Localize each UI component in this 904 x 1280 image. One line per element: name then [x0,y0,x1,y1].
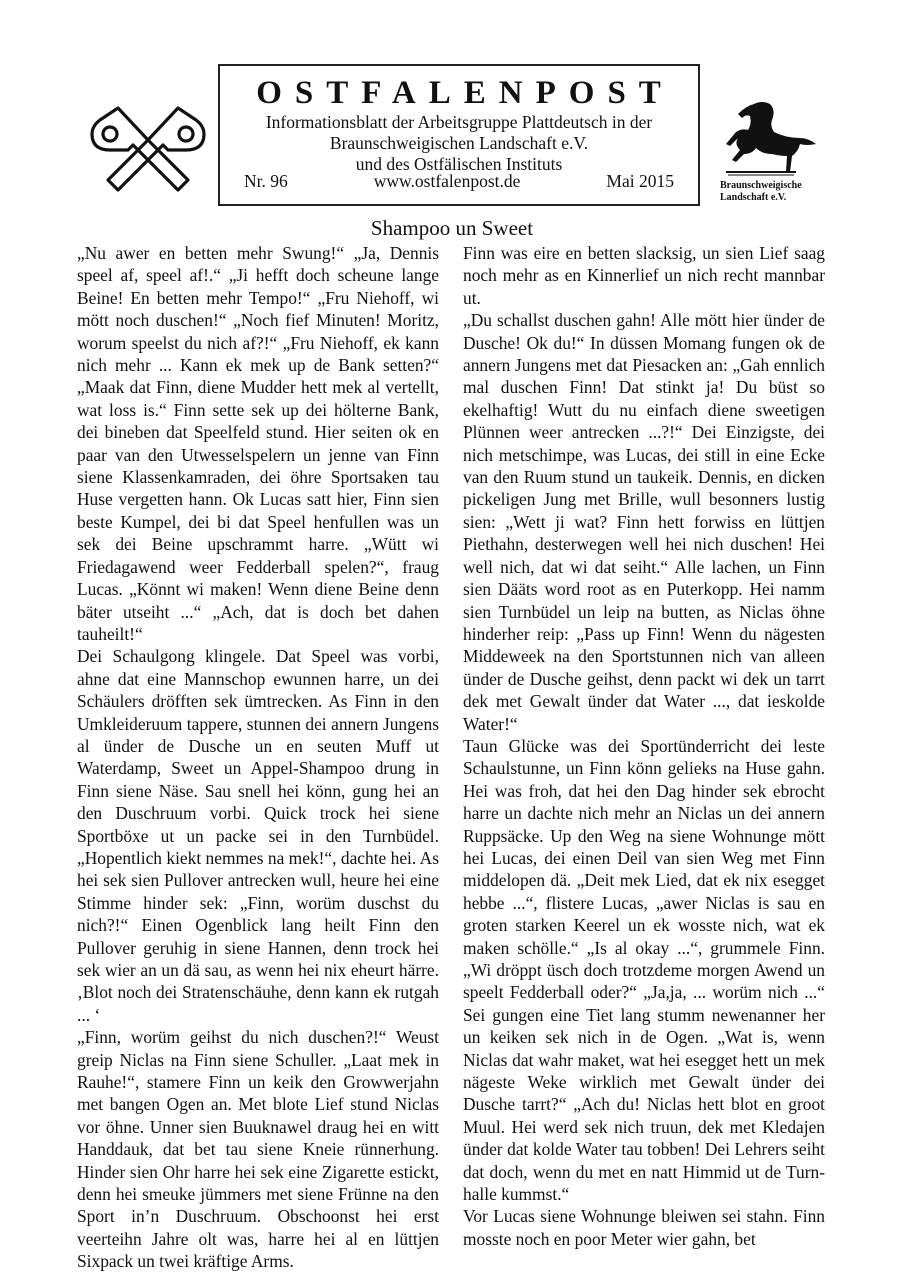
paragraph: Vor Lucas siene Wohnunge bleiwen sei sta… [463,1205,825,1250]
issue-number: Nr. 96 [244,171,288,192]
logo-caption: Braunschweigische Landschaft e.V. [720,180,802,204]
article-column-left: „Nu awer en betten mehr Swung!“ „Ja, Den… [77,242,439,1273]
paragraph: Finn was eire en betten slacksig, un sie… [463,242,825,309]
paragraph: „Nu awer en betten mehr Swung!“ „Ja, Den… [77,242,439,645]
article-headline: Shampoo un Sweet [0,215,904,241]
braunschweigische-landschaft-logo: Braunschweigische Landschaft e.V. [712,98,832,208]
newspaper-title: OSTFALENPOST [220,74,698,112]
website-link[interactable]: www.ostfalenpost.de [374,171,521,192]
crossed-keys-logo [88,100,208,196]
subtitle-line-2: Braunschweigischen Landschaft e.V. [220,133,698,154]
issue-date: Mai 2015 [606,171,674,192]
logo-caption-line-2: Landschaft e.V. [720,192,802,204]
rearing-horse-icon [712,98,822,182]
paragraph: „Du schallst duschen gahn! Alle mött hie… [463,309,825,735]
subtitle-line-1: Informationsblatt der Arbeitsgruppe Plat… [220,112,698,133]
paragraph: „Finn, worüm geihst du nich duschen?!“ W… [77,1026,439,1272]
crossed-keys-icon [88,100,208,196]
logo-caption-line-1: Braunschweigische [720,180,802,192]
paragraph: Taun Glücke was dei Sportünderricht dei … [463,735,825,1206]
masthead-box: OSTFALENPOST Informationsblatt der Arbei… [218,64,700,206]
masthead-meta-row: Nr. 96 www.ostfalenpost.de Mai 2015 [244,171,674,192]
article-column-right: Finn was eire en betten slacksig, un sie… [463,242,825,1250]
paragraph: Dei Schaulgong klingele. Dat Speel was v… [77,645,439,1026]
